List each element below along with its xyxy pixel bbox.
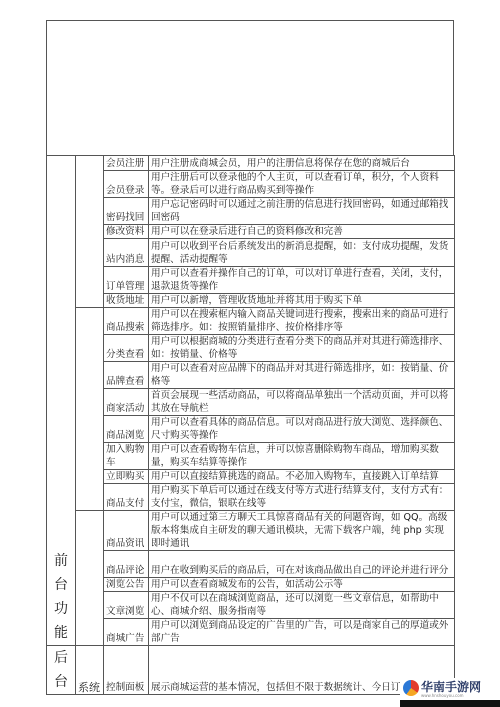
feature-name: 商品支付 — [104, 484, 149, 511]
table-row: 商品搜索 用户可以在搜索框内输入商品关键词进行搜索，搜索出来的商品可进行筛选排序… — [47, 308, 455, 335]
feature-description: 用户可以通过第三方聊天工具惊喜商品有关的问题咨询，如 QQ。高级版本将集成自主研… — [149, 511, 455, 551]
subgroup-cell — [76, 156, 104, 308]
table-row: 站内消息 用户可以收到平台后系统发出的新消息提醒，如：支付成功提醒，发货提醒、活… — [47, 239, 455, 267]
subgroup-cell — [76, 308, 104, 511]
table-row: 商品资讯 用户可以通过第三方聊天工具惊喜商品有关的问题咨询，如 QQ。高级版本将… — [47, 511, 455, 551]
group-backend: 后台 — [47, 646, 76, 695]
group-frontend: 前台 功能 — [47, 156, 76, 646]
feature-name: 订单管理 — [104, 267, 149, 294]
feature-description: 用户忘记密码时可以通过之前注册的信息进行找回密码，如通过邮箱找回密码 — [149, 198, 455, 225]
feature-description: 用户可以查看具体的商品信息。可以对商品进行放大浏览、选择颜色、尺寸购买等操作 — [149, 416, 455, 443]
feature-table: 前台 功能 会员注册 用户注册成商城会员，用户的注册信息将保存在您的商城后台 会… — [46, 155, 455, 695]
subgroup-system: 系统 — [76, 646, 104, 695]
feature-name: 浏览公告 — [104, 578, 149, 592]
feature-description: 用户在收到购买后的商品后，可在对该商品做出自己的评论并进行评分 — [149, 551, 455, 578]
feature-name: 商家活动 — [104, 389, 149, 416]
table-row: 分类查看 用户可以根据商城的分类进行查看分类下的商品并对其进行筛选排序、如：按销… — [47, 335, 455, 362]
feature-name: 收货地址 — [104, 294, 149, 308]
table-row: 收货地址 用户可以新增，管理收货地址并将其用于购买下单 — [47, 294, 455, 308]
table-row: 修改资料 用户可以在登录后进行自己的资料修改和完善 — [47, 225, 455, 239]
table-row: 商品评论 用户在收到购买后的商品后，可在对该商品做出自己的评论并进行评分 — [47, 551, 455, 578]
feature-description: 用户可以收到平台后系统发出的新消息提醒，如：支付成功提醒，发货提醒、活动提醒等 — [149, 239, 455, 267]
feature-name: 加入购物车 — [104, 443, 149, 470]
watermark-url: www.hnshouyou.com — [421, 693, 464, 698]
feature-description: 用户可以新增，管理收货地址并将其用于购买下单 — [149, 294, 455, 308]
feature-description: 用户可以查看商城发布的公告，如活动公示等 — [149, 578, 455, 592]
group-label-line1: 前台 — [49, 549, 73, 597]
feature-description: 用户注册后可以登录他的个人主页，可以查看订单，积分，个人资料等。登录后可以进行商… — [149, 171, 455, 198]
watermark-bar — [400, 700, 500, 707]
feature-name: 会员注册 — [104, 156, 149, 171]
table-row: 浏览公告 用户可以查看商城发布的公告，如活动公示等 — [47, 578, 455, 592]
watermark-logo-icon — [403, 680, 419, 696]
subgroup-cell — [76, 511, 104, 646]
feature-name: 文章浏览 — [104, 592, 149, 619]
feature-description: 用户可以浏览到商品设定的广告里的广告，可以是商家自己的厚道或外部广告 — [149, 619, 455, 646]
feature-name: 修改资料 — [104, 225, 149, 239]
group-label-line2: 功能 — [49, 597, 73, 645]
feature-description: 用户可以查看购物车信息，并可以惊喜删除购物车商品，增加购买数量，购买车结算等操作 — [149, 443, 455, 470]
feature-description: 用户注册成商城会员，用户的注册信息将保存在您的商城后台 — [149, 156, 455, 171]
feature-name: 商品资讯 — [104, 511, 149, 551]
feature-description: 用户可以在搜索框内输入商品关键词进行搜索，搜索出来的商品可进行筛选排序。如：按照… — [149, 308, 455, 335]
feature-name: 商品浏览 — [104, 416, 149, 443]
feature-name: 立即购买 — [104, 470, 149, 484]
feature-description: 用户可以查看对应品牌下的商品并对其进行筛选排序，如：按销量、价格等 — [149, 362, 455, 389]
table-row: 后台 系统 控制面板 展示商城运营的基本情况，包括但不限于数据统计、今日订单、今… — [47, 646, 455, 695]
feature-description: 用户不仅可以在商城浏览商品，还可以浏览一些文章信息，如帮助中心、商城介绍、服务指… — [149, 592, 455, 619]
feature-description: 首页会展现一些活动商品，可以将商品单独出一个活动页面，并可以将其放在导航栏 — [149, 389, 455, 416]
table-row: 立即购买 用户可以直接结算挑选的商品。不必加入购物车，直接跳入订单结算 — [47, 470, 455, 484]
table-row: 文章浏览 用户不仅可以在商城浏览商品，还可以浏览一些文章信息，如帮助中心、商城介… — [47, 592, 455, 619]
table-row: 会员登录 用户注册后可以登录他的个人主页，可以查看订单，积分，个人资料等。登录后… — [47, 171, 455, 198]
feature-name: 商品评论 — [104, 551, 149, 578]
table-row: 前台 功能 会员注册 用户注册成商城会员，用户的注册信息将保存在您的商城后台 — [47, 156, 455, 171]
feature-description: 用户购买下单后可以通过在线支付等方式进行结算支付，支付方式有：支付宝，微信，银联… — [149, 484, 455, 511]
feature-description: 用户可以查看并操作自己的订单，可以对订单进行查看，关闭，支付，退款退货等操作 — [149, 267, 455, 294]
table-row: 密码找回 用户忘记密码时可以通过之前注册的信息进行找回密码，如通过邮箱找回密码 — [47, 198, 455, 225]
feature-name: 分类查看 — [104, 335, 149, 362]
table-row: 商品支付 用户购买下单后可以通过在线支付等方式进行结算支付，支付方式有：支付宝，… — [47, 484, 455, 511]
table-row: 商城广告 用户可以浏览到商品设定的广告里的广告，可以是商家自己的厚道或外部广告 — [47, 619, 455, 646]
feature-name: 商品搜索 — [104, 308, 149, 335]
feature-description: 用户可以根据商城的分类进行查看分类下的商品并对其进行筛选排序、如：按销量、价格等 — [149, 335, 455, 362]
empty-header-area — [46, 20, 454, 155]
feature-name: 品牌查看 — [104, 362, 149, 389]
feature-name: 会员登录 — [104, 171, 149, 198]
feature-description: 用户可以直接结算挑选的商品。不必加入购物车，直接跳入订单结算 — [149, 470, 455, 484]
table-row: 品牌查看 用户可以查看对应品牌下的商品并对其进行筛选排序，如：按销量、价格等 — [47, 362, 455, 389]
table-row: 加入购物车 用户可以查看购物车信息，并可以惊喜删除购物车商品，增加购买数量，购买… — [47, 443, 455, 470]
table-row: 商品浏览 用户可以查看具体的商品信息。可以对商品进行放大浏览、选择颜色、尺寸购买… — [47, 416, 455, 443]
feature-name: 商城广告 — [104, 619, 149, 646]
feature-name: 控制面板 — [104, 646, 149, 695]
feature-description: 用户可以在登录后进行自己的资料修改和完善 — [149, 225, 455, 239]
feature-name: 密码找回 — [104, 198, 149, 225]
table-row: 订单管理 用户可以查看并操作自己的订单，可以对订单进行查看，关闭，支付，退款退货… — [47, 267, 455, 294]
table-row: 商家活动 首页会展现一些活动商品，可以将商品单独出一个活动页面，并可以将其放在导… — [47, 389, 455, 416]
feature-name: 站内消息 — [104, 239, 149, 267]
watermark: 华南手游网 www.hnshouyou.com — [400, 678, 500, 707]
